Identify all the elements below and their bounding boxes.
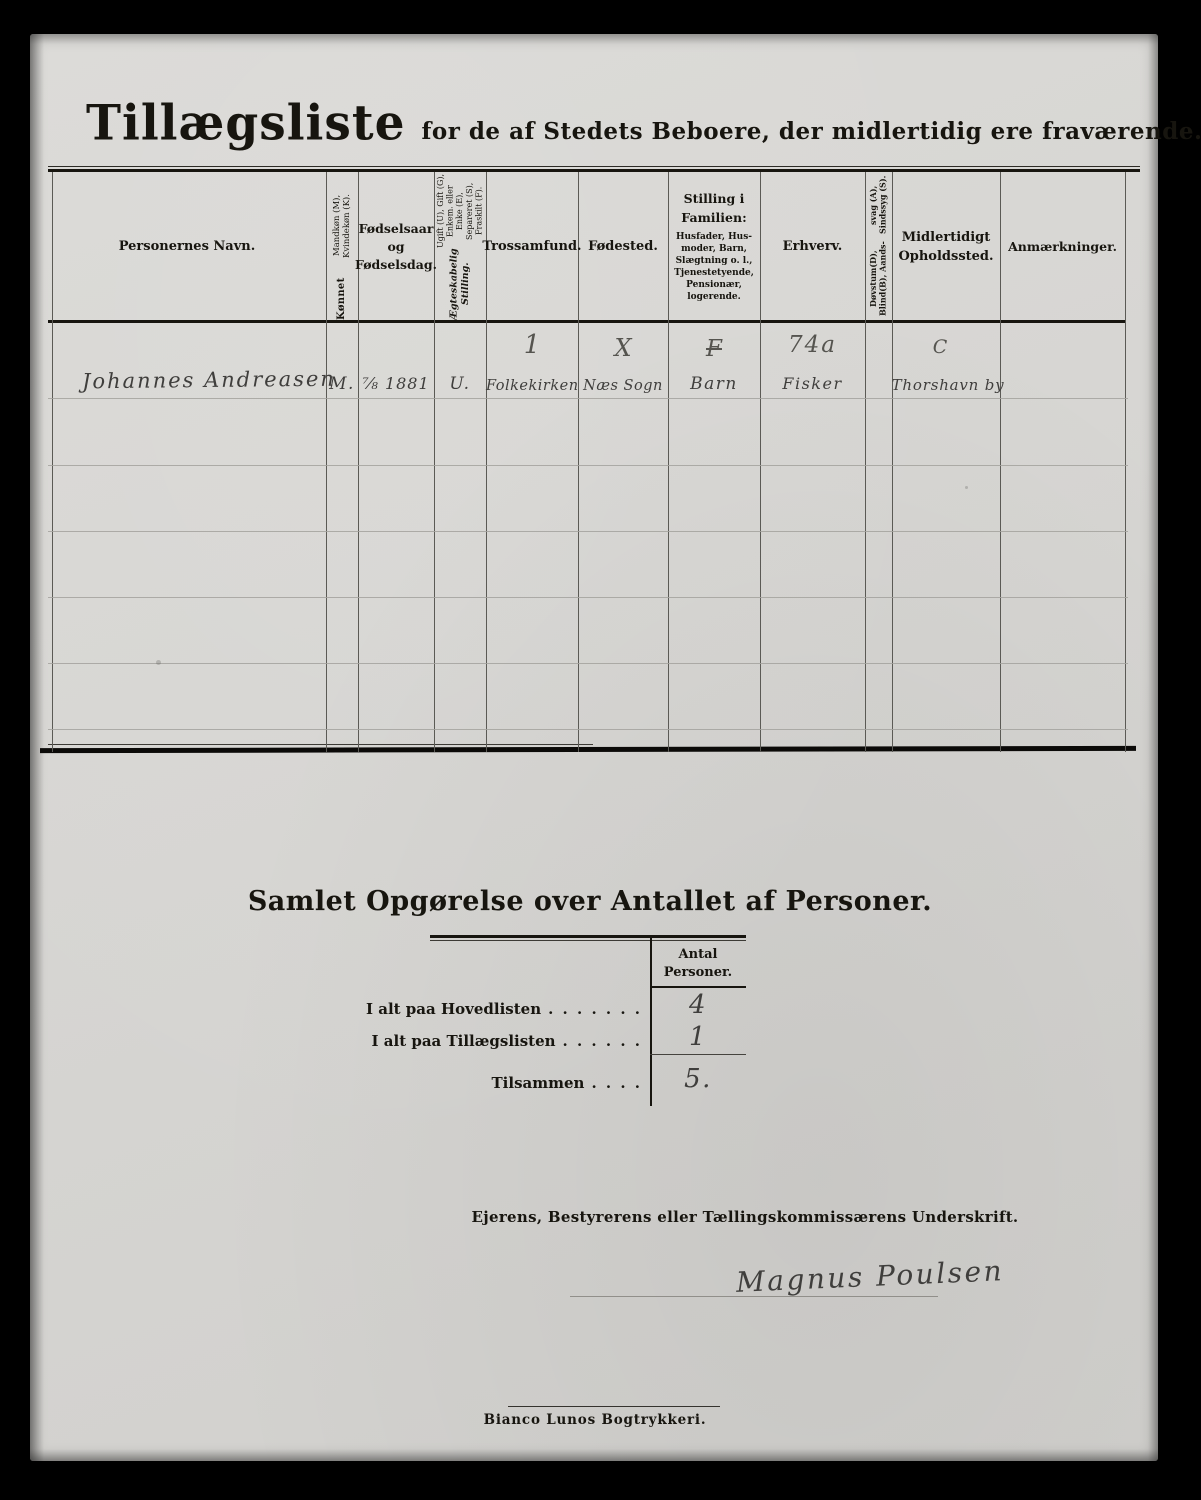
column-header-label: Anmærkninger.	[1008, 238, 1117, 256]
summary-row-text: Tilsammen	[492, 1074, 585, 1092]
table-top-rule	[48, 169, 1140, 172]
entry-occupation: Fisker	[760, 374, 865, 393]
summary-row-text: I alt paa Tillægslisten	[372, 1032, 556, 1050]
entry-temporary-residence: Thorshavn by	[888, 376, 1008, 394]
row-rule	[48, 531, 1128, 532]
column-header-religion: Trossamfund.	[486, 174, 578, 320]
table-bottom-rule	[40, 746, 1136, 753]
column-header-birthplace: Fødested.	[578, 174, 668, 320]
column-header-sublabel: Husfader, Hus-moder, Barn, Slægtning o. …	[670, 231, 758, 304]
entry-birthplace: Næs Sogn	[578, 378, 668, 394]
paper-blemish	[156, 660, 161, 665]
column-header-label: Erhverv.	[783, 237, 843, 257]
summary-count-header: Antal Personer.	[650, 946, 746, 981]
pencil-mark-occupation: 74a	[760, 332, 865, 358]
summary-row-value: 1	[650, 1022, 746, 1052]
pencil-mark-birthplace: X	[578, 334, 668, 362]
table-bottom-rule-thin	[48, 744, 593, 745]
column-header-label: Døvstum(D), Blind(B), Aands-	[869, 236, 888, 320]
dot-leader: . . . . . .	[563, 1032, 642, 1050]
column-divider	[1125, 172, 1126, 752]
printer-imprint: Bianco Lunos Bogtrykkeri.	[470, 1412, 720, 1428]
summary-row-label: I alt paa Hovedlisten. . . . . . .	[180, 1000, 642, 1018]
dot-leader: . . . .	[591, 1074, 642, 1092]
dot-leader: . . . . . . .	[548, 1000, 642, 1018]
row-rule	[48, 465, 1128, 466]
summary-title: Samlet Opgørelse over Antallet af Person…	[190, 886, 990, 917]
page-title-main: Tillægsliste	[86, 95, 405, 152]
paper-blemish	[965, 486, 968, 489]
column-header-disabilities: Døvstum(D), Blind(B), Aands- svag (A), S…	[865, 174, 892, 320]
column-header-label: Fødested.	[588, 237, 658, 257]
summary-count-header-line: Personer.	[650, 964, 746, 982]
entry-marital-status: U.	[434, 374, 486, 394]
summary-top-rule-thin	[430, 940, 746, 941]
summary-header-rule	[650, 986, 746, 988]
summary-top-rule	[430, 935, 746, 938]
row-rule	[48, 597, 1128, 598]
column-header-family-position: Stilling i Familien: Husfader, Hus-moder…	[668, 174, 760, 320]
column-header-marital-status: Ægteskabelig Stilling. Ugift (U), Gift (…	[434, 174, 486, 320]
column-header-label: Ægteskabelig Stilling.	[449, 248, 472, 320]
column-header-label: Personernes Navn.	[119, 237, 256, 257]
summary-row-value: 5.	[650, 1064, 746, 1094]
paper-sheet: Tillægsliste for de af Stedets Beboere, …	[30, 34, 1158, 1461]
column-header-label: Opholdssted.	[898, 247, 993, 267]
column-header-label: Stilling i	[684, 190, 745, 208]
entry-name: Johannes Andreasen	[82, 367, 336, 394]
column-header-label: Fødselsdag.	[355, 256, 437, 274]
column-header-name: Personernes Navn.	[48, 174, 326, 320]
pencil-mark-religion: 1	[486, 330, 578, 360]
column-header-temporary-residence: Midlertidigt Opholdssted.	[892, 174, 1000, 320]
entry-birthdate: ⅞ 1881	[358, 374, 434, 393]
page-title: Tillægsliste for de af Stedets Beboere, …	[86, 96, 1201, 151]
column-header-label: Trossamfund.	[482, 237, 581, 257]
column-header-sublabel: Mandkøn (M), Kvindekøn (K).	[332, 174, 352, 277]
table-top-rule-thin	[48, 166, 1140, 167]
summary-row-value: 4	[650, 990, 746, 1020]
column-header-label: Familien:	[681, 209, 746, 227]
column-header-occupation: Erhverv.	[760, 174, 865, 320]
entry-family-position: Barn	[668, 374, 760, 394]
column-header-remarks: Anmærkninger.	[1000, 174, 1125, 320]
column-header-label: og	[387, 238, 404, 256]
table-header-bottom-rule	[48, 320, 1125, 323]
column-header-sublabel: Ugift (U), Gift (G), Enkem. eller Enke (…	[436, 174, 484, 248]
row-rule	[48, 398, 1128, 399]
printer-rule	[508, 1406, 720, 1407]
summary-count-header-line: Antal	[650, 946, 746, 964]
column-header-label: Midlertidigt	[902, 228, 991, 248]
scanned-census-page: { "scan": { "title": "Tillægsliste", "su…	[0, 0, 1201, 1500]
entry-religion: Folkekirken	[486, 378, 578, 394]
page-title-subtitle: for de af Stedets Beboere, der midlertid…	[421, 118, 1201, 145]
column-header-label: Kønnet	[336, 277, 348, 320]
column-header-label: svag (A), Sindssyg (S).	[869, 174, 888, 236]
pencil-mark-family-position: F	[668, 336, 760, 362]
column-header-sex: Kønnet Mandkøn (M), Kvindekøn (K).	[326, 174, 358, 320]
summary-row-text: I alt paa Hovedlisten	[366, 1000, 541, 1018]
entry-sex: M.	[326, 374, 358, 394]
column-header-birthdate: Fødselsaar og Fødselsdag.	[358, 174, 434, 320]
summary-subtotal-rule	[650, 1054, 746, 1055]
summary-row-label: I alt paa Tillægslisten. . . . . .	[180, 1032, 642, 1050]
row-rule	[48, 663, 1128, 664]
column-header-label: Fødselsaar	[359, 220, 434, 238]
signature-name: Magnus Poulsen	[735, 1254, 1004, 1299]
row-rule	[48, 729, 1128, 730]
pencil-mark-residence: C	[892, 336, 988, 358]
signature-caption: Ejerens, Bestyrerens eller Tællingskommi…	[460, 1208, 1030, 1226]
summary-row-label: Tilsammen. . . .	[180, 1074, 642, 1092]
